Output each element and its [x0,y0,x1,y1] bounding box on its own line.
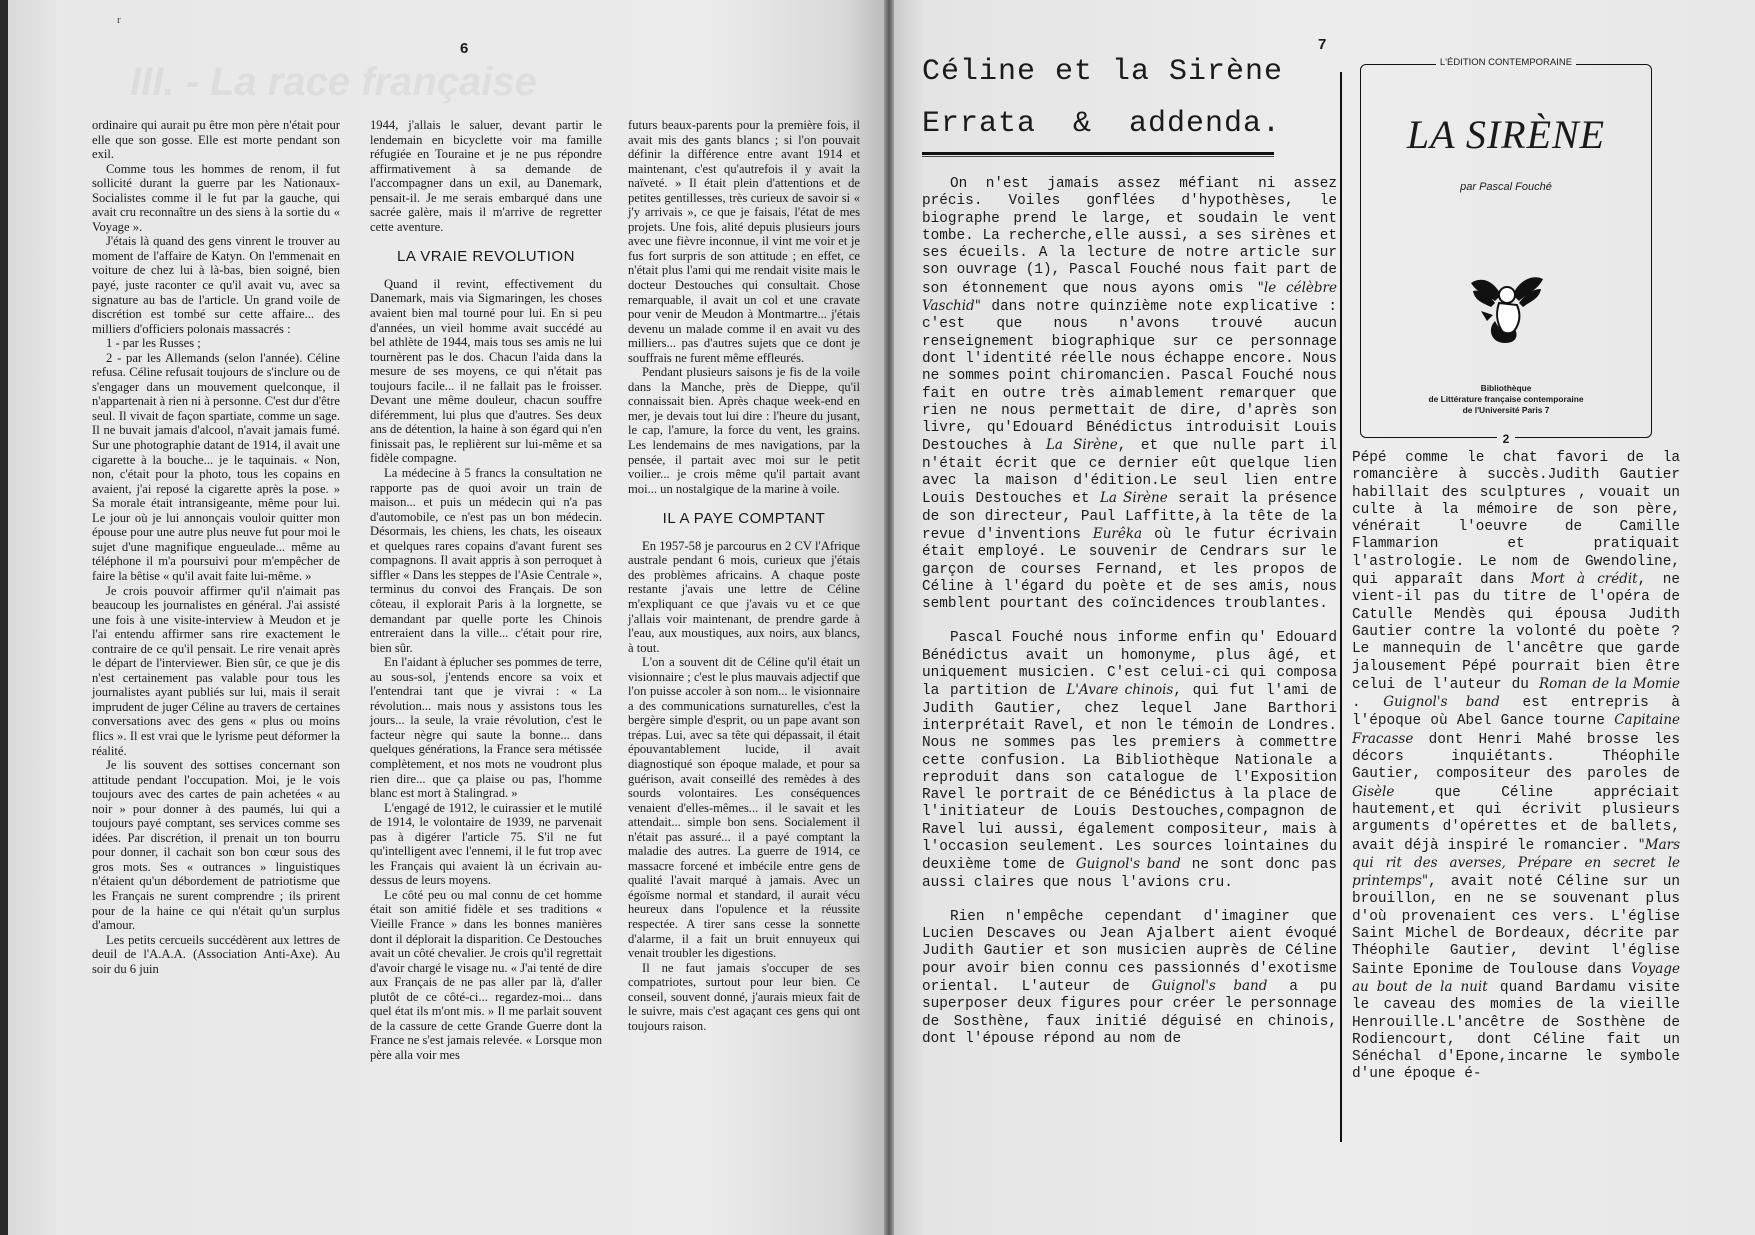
title-line-2: Errata & addenda. [922,98,1342,150]
paragraph: En l'aidant à éplucher ses pommes de ter… [370,655,602,800]
book-gutter [884,0,894,1235]
title-line-1: Céline et la Sirène [922,46,1342,98]
paragraph: J'étais là quand des gens vinrent le tro… [92,234,340,336]
italic-title: Guignol's band [1383,694,1500,710]
card-title: LA SIRÈNE [1361,111,1651,158]
italic-title: Roman de la Momie [1539,676,1680,692]
italic-title: Voyage au bout de la nuit [1352,961,1680,995]
card-author: par Pascal Fouché [1361,181,1651,193]
bleed-through-text: III. - La race française [130,60,537,105]
section-heading: IL A PAYE COMPTANT [628,512,860,527]
italic-title: Mort à crédit [1531,571,1638,587]
paragraph: Il ne faut jamais s'occuper de ses compa… [628,961,860,1034]
title-underline [922,152,1274,155]
paragraph: futurs beaux-parents pour la première fo… [628,118,860,365]
italic-title: "le célèbre Vaschid" [922,280,1337,314]
article-title: Céline et la Sirène Errata & addenda. [922,46,1342,150]
paragraph: 1 - par les Russes ; [92,336,340,351]
paragraph: Pendant plusieurs saisons je fis de la v… [628,365,860,496]
paragraph: Pascal Fouché nous informe enfin qu' Edo… [922,630,1337,891]
card-number: 2 [1361,432,1651,446]
italic-title: Capitaine Fracasse [1352,712,1680,746]
paragraph: Comme tous les hommes de renom, il fut s… [92,162,340,235]
italic-title: La Sirène [1046,437,1118,453]
paragraph: Pépé comme le chat favori de la romanciè… [1352,450,1680,1084]
column-divider [1340,72,1342,1142]
paragraph: La médecine à 5 francs la consultation n… [370,466,602,655]
italic-title: Guignol's band [1076,856,1181,872]
paragraph: Le côté peu ou mal connu de cet homme ét… [370,888,602,1063]
paragraph: L'engagé de 1912, le cuirassier et le mu… [370,801,602,888]
paragraph: Rien n'empêche cependant d'imaginer que … [922,909,1337,1048]
left-column-1: ordinaire qui aurait pu être mon père n'… [92,118,340,976]
right-column-1: On n'est jamais assez méfiant ni assez p… [922,176,1337,1048]
paragraph: En 1957-58 je parcourus en 2 CV l'Afriqu… [628,539,860,655]
paragraph: 2 - par les Allemands (selon l'année). C… [92,351,340,584]
section-heading: LA VRAIE REVOLUTION [370,250,602,265]
page-number-right: 7 [1318,36,1326,53]
left-column-3: futurs beaux-parents pour la première fo… [628,118,860,1033]
italic-title: La Sirène [1100,490,1168,506]
card-library: Bibliothèque de Littérature française co… [1361,383,1651,416]
paragraph: Je crois pouvoir affirmer qu'il n'aimait… [92,584,340,759]
italic-title: L'Avare chinois [1066,682,1173,698]
paragraph: Les petits cercueils succédèrent aux let… [92,933,340,977]
italic-title: Guignol's band [1152,978,1268,994]
paragraph: On n'est jamais assez méfiant ni assez p… [922,176,1337,613]
margin-mark: r [117,14,121,26]
winged-siren-icon [1465,271,1549,351]
paragraph: 1944, j'allais le saluer, devant partir … [370,118,602,234]
italic-title: Eurêka [1093,526,1142,542]
paragraph: L'on a souvent dit de Céline qu'il était… [628,655,860,960]
right-column-2: Pépé comme le chat favori de la romanciè… [1352,450,1680,1084]
paragraph: Je lis souvent des sottises concernant s… [92,758,340,933]
paragraph: ordinaire qui aurait pu être mon père n'… [92,118,340,162]
page-number-left: 6 [460,40,468,57]
left-column-2: 1944, j'allais le saluer, devant partir … [370,118,602,1062]
italic-title: Gisèle [1352,784,1394,800]
italic-title: "Mars qui rit des averses, Prépare en se… [1352,837,1680,890]
card-publisher: L'ÉDITION CONTEMPORAINE [1361,57,1651,68]
book-cover-illustration: L'ÉDITION CONTEMPORAINE LA SIRÈNE par Pa… [1360,64,1652,438]
paragraph: Quand il revint, effectivement du Danema… [370,277,602,466]
title-underline-thin [922,156,1274,157]
